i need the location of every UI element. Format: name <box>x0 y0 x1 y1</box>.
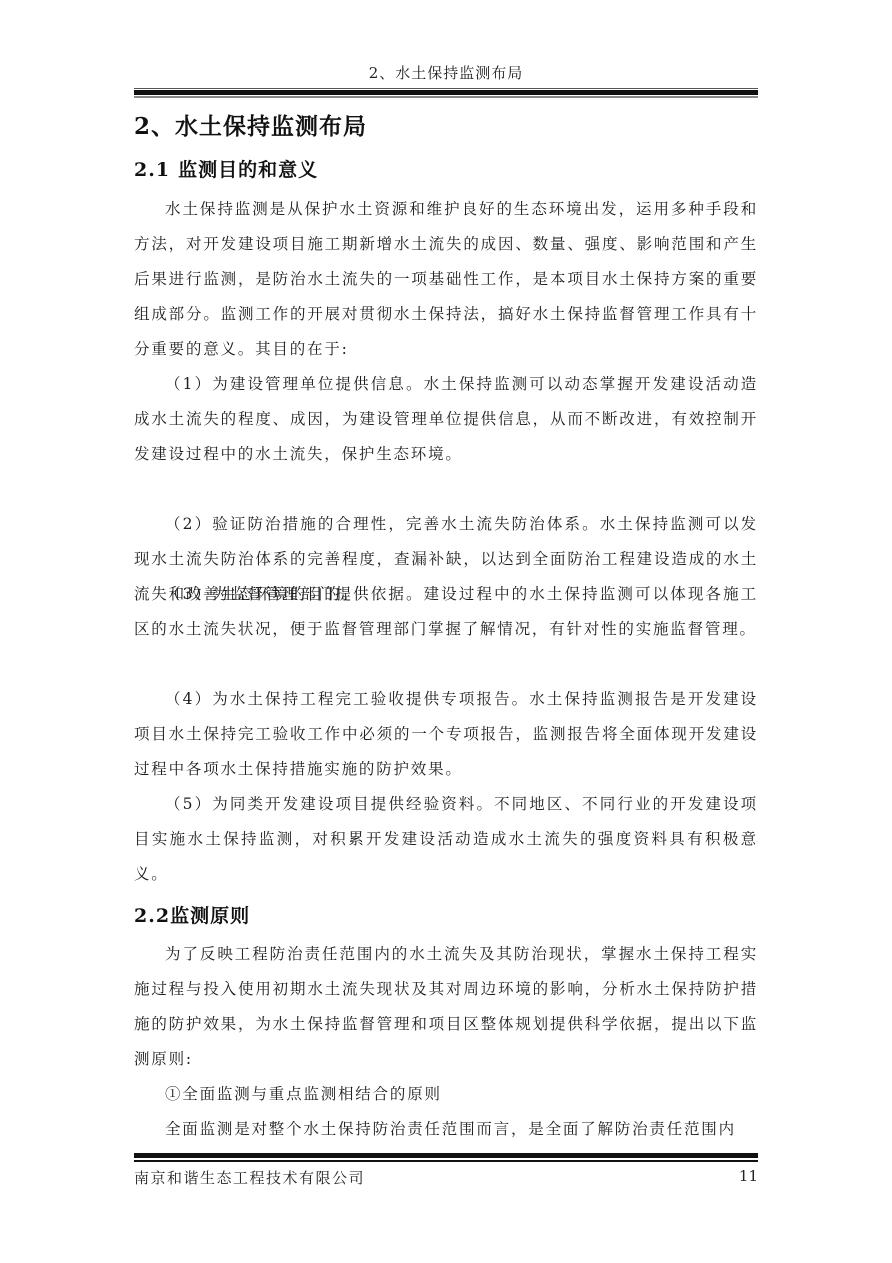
section-heading-2-1: 2.1监测目的和意义 <box>134 155 318 182</box>
footer-rule <box>134 1153 758 1162</box>
footer-rule-thick <box>134 1153 758 1158</box>
section-number: 2.1 <box>134 159 170 181</box>
paragraph-item-3: （3）为监督管理部门提供依据。建设过程中的水土保持监测可以体现各施工区的水土流失… <box>134 577 758 647</box>
paragraph-item-5: （5）为同类开发建设项目提供经验资料。不同地区、不同行业的开发建设项目实施水土保… <box>134 787 758 892</box>
header-rule-thin-top <box>134 88 758 89</box>
footer-rule-thin <box>134 1160 758 1162</box>
document-page: 2、水土保持监测布局 2、水土保持监测布局 2.1监测目的和意义 水土保持监测是… <box>0 0 892 1263</box>
footer-company: 南京和谐生态工程技术有限公司 <box>134 1167 365 1188</box>
section-number: 2.2 <box>134 905 170 927</box>
section-heading-2-2: 2.2监测原则 <box>134 901 250 928</box>
section-title: 监测原则 <box>170 905 250 927</box>
running-header: 2、水土保持监测布局 <box>134 62 758 83</box>
header-rule <box>134 88 758 98</box>
principle-1-heading: ①全面监测与重点监测相结合的原则 <box>134 1077 758 1112</box>
paragraph-principles-intro: 为了反映工程防治责任范围内的水土流失及其防治现状，掌握水土保持工程实施过程与投入… <box>134 937 758 1077</box>
paragraph-principle-1: 全面监测是对整个水土保持防治责任范围而言，是全面了解防治责任范围内 <box>134 1112 758 1147</box>
section-title: 监测目的和意义 <box>178 159 318 181</box>
paragraph-item-4: （4）为水土保持工程完工验收提供专项报告。水土保持监测报告是开发建设项目水土保持… <box>134 682 758 787</box>
page-number: 11 <box>739 1167 758 1185</box>
chapter-title: 2、水土保持监测布局 <box>134 108 367 141</box>
paragraph-item-1: （1）为建设管理单位提供信息。水土保持监测可以动态掌握开发建设活动造成水土流失的… <box>134 367 758 472</box>
header-rule-thick <box>134 90 758 95</box>
paragraph-intro: 水土保持监测是从保护水土资源和维护良好的生态环境出发，运用多种手段和方法，对开发… <box>134 192 758 367</box>
header-rule-thin-bottom <box>134 96 758 98</box>
